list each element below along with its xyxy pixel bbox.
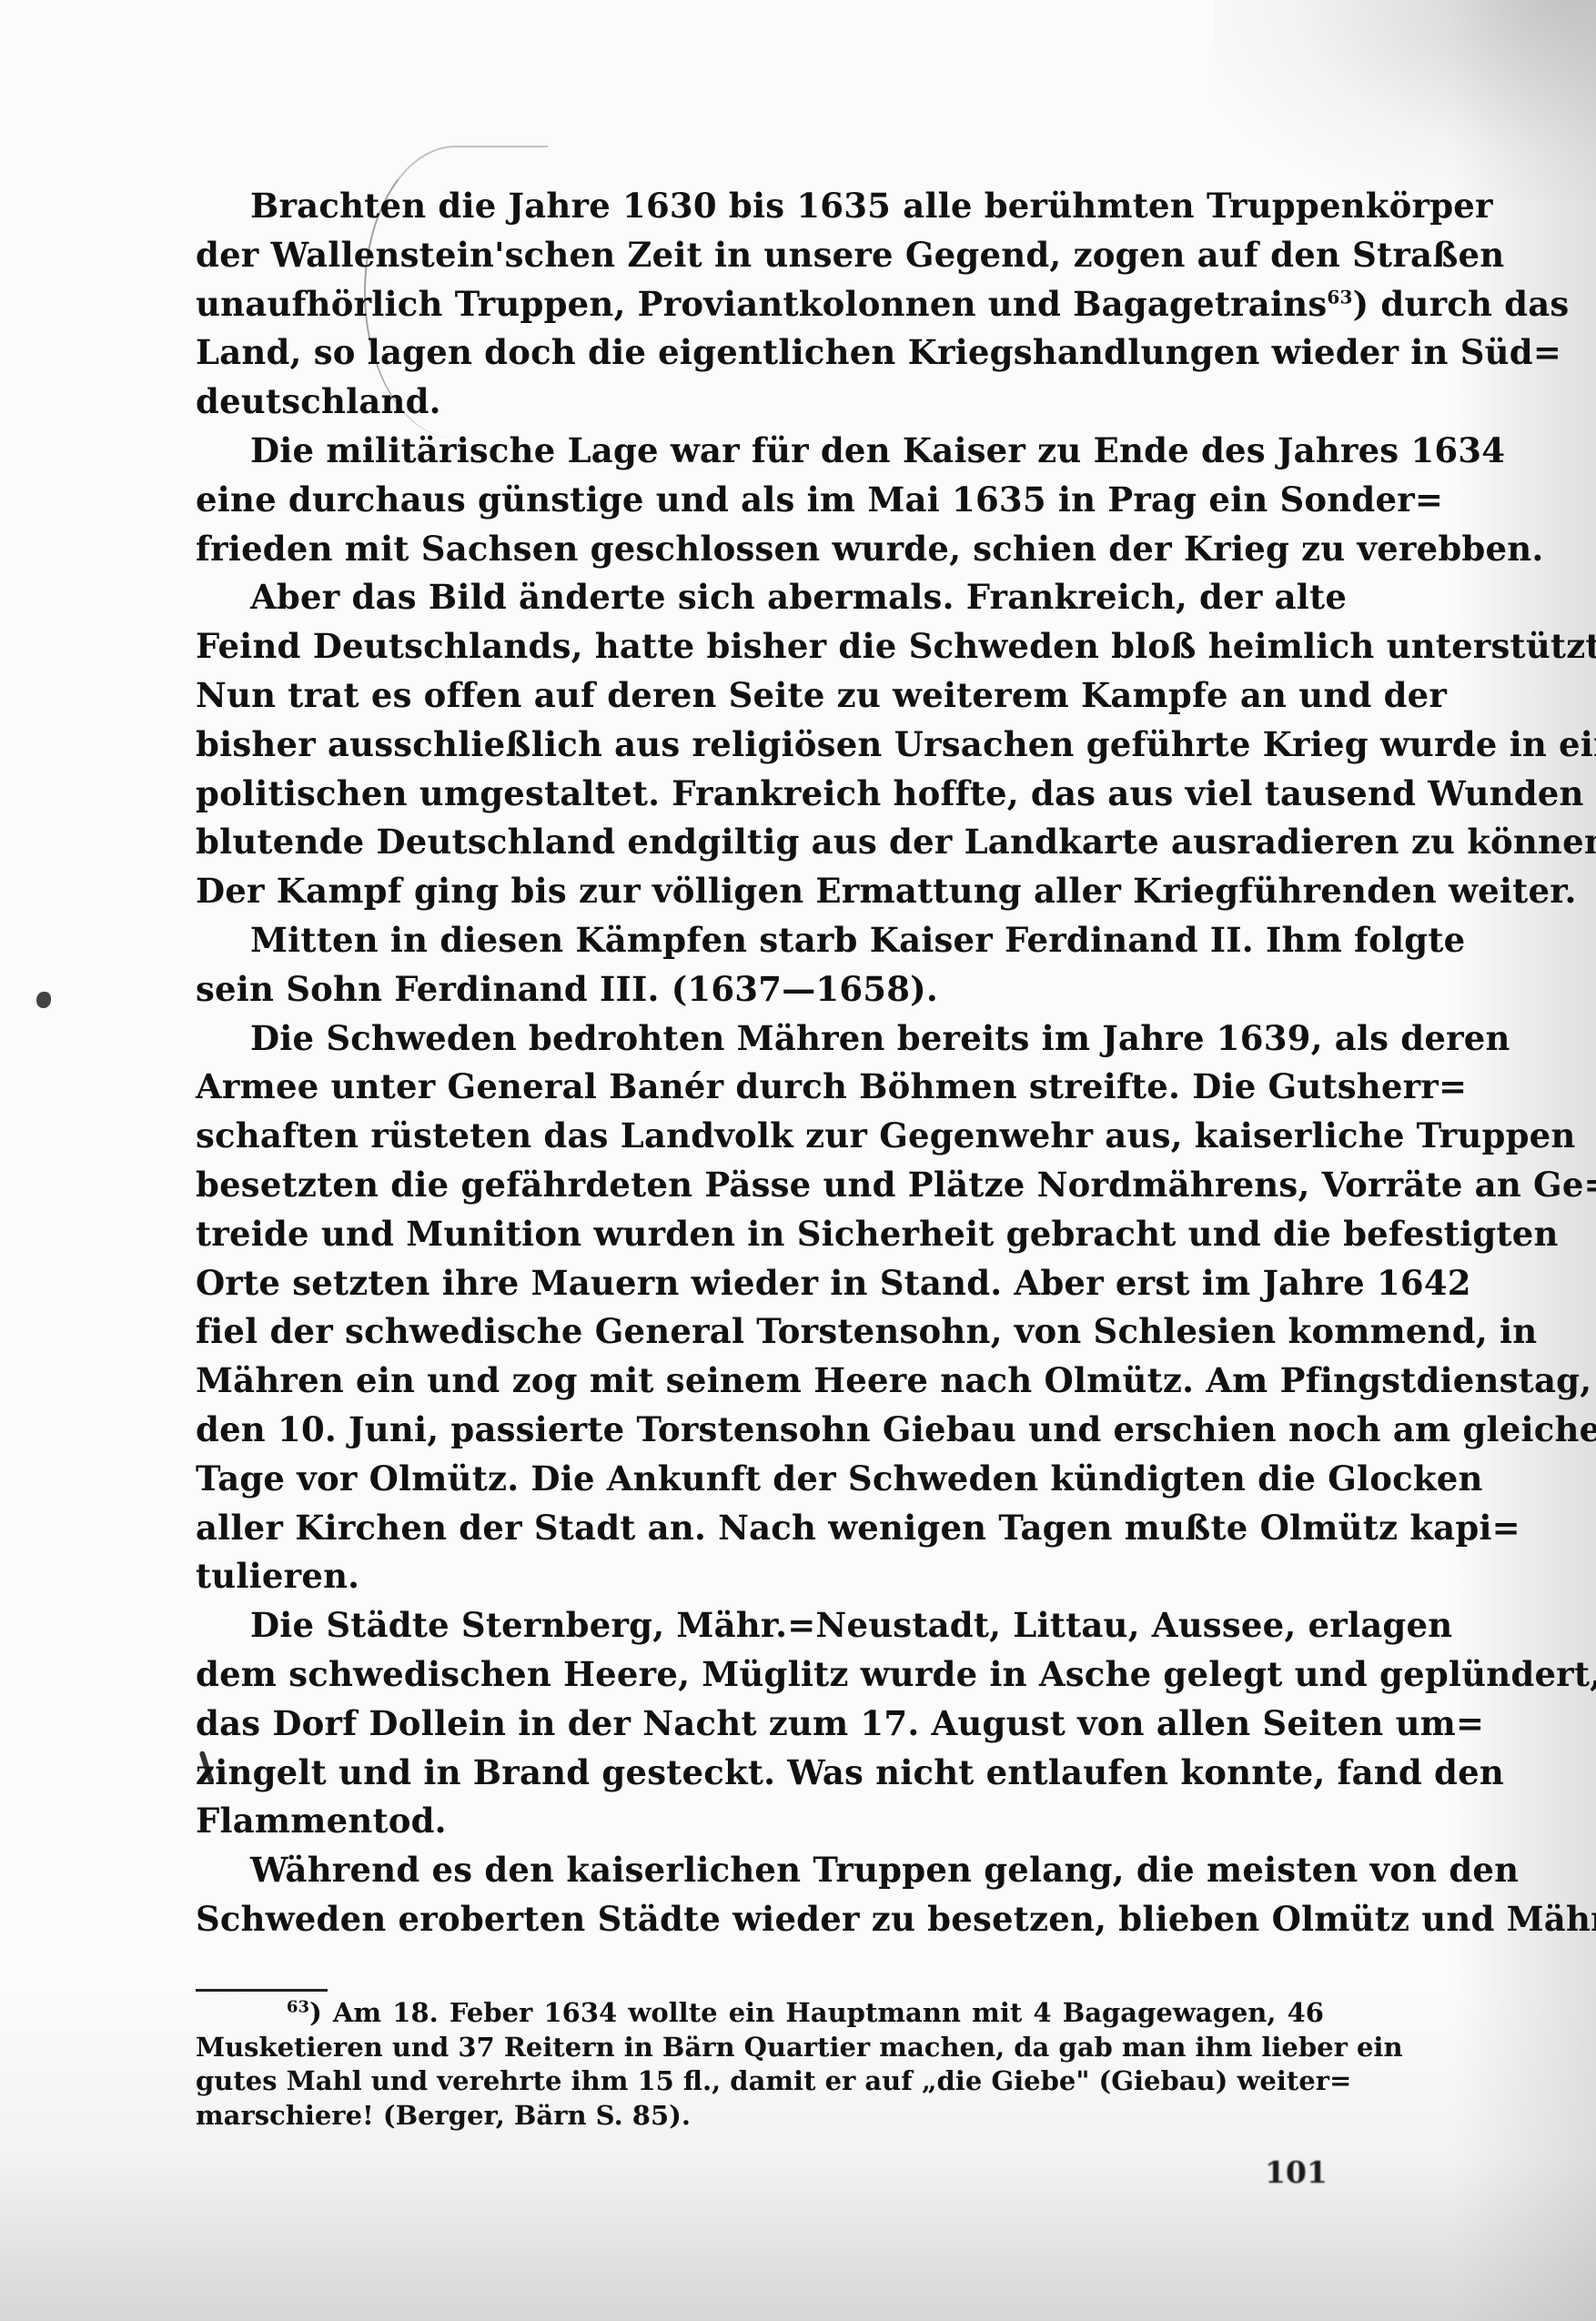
footnote-line: gutes Mahl und verehrte ihm 15 fl., dami… <box>196 2064 1324 2099</box>
text-line: Land, so lagen doch die eigentlichen Kri… <box>196 328 1324 378</box>
footnote-line: Musketieren und 37 Reitern in Bärn Quart… <box>196 2031 1324 2065</box>
text-line: Brachten die Jahre 1630 bis 1635 alle be… <box>196 182 1324 231</box>
text-line: Flammentod. <box>196 1797 1324 1846</box>
text-line: Mitten in diesen Kämpfen starb Kaiser Fe… <box>196 916 1324 965</box>
text-line: Die Städte Sternberg, Mähr.=Neustadt, Li… <box>196 1601 1324 1650</box>
text-line: das Dorf Dollein in der Nacht zum 17. Au… <box>196 1700 1324 1749</box>
text-line: politischen umgestaltet. Frankreich hoff… <box>196 770 1324 819</box>
text-line: Nun trat es offen auf deren Seite zu wei… <box>196 671 1324 721</box>
text-line: zingelt und in Brand gesteckt. Was nicht… <box>196 1749 1324 1798</box>
text-line: fiel der schwedische General Torstensohn… <box>196 1307 1324 1357</box>
text-line: Der Kampf ging bis zur völligen Ermattun… <box>196 867 1324 916</box>
text-line: Armee unter General Banér durch Böhmen s… <box>196 1063 1324 1112</box>
text-line: blutende Deutschland endgiltig aus der L… <box>196 818 1324 867</box>
text-line: Die Schweden bedrohten Mähren bereits im… <box>196 1014 1324 1064</box>
text-line: Mähren ein und zog mit seinem Heere nach… <box>196 1357 1324 1406</box>
text-line: eine durchaus günstige und als im Mai 16… <box>196 476 1324 525</box>
text-line: aller Kirchen der Stadt an. Nach wenigen… <box>196 1504 1324 1553</box>
text-segment: ) durch das <box>1353 284 1570 324</box>
page-number: 101 <box>1265 2154 1328 2190</box>
text-segment: unaufhörlich Truppen, Proviantkolonnen u… <box>196 284 1327 324</box>
ink-blot <box>36 992 51 1008</box>
text-line: der Wallenstein'schen Zeit in unsere Geg… <box>196 231 1324 280</box>
text-line: tulieren. <box>196 1552 1324 1601</box>
paragraph: Die militärische Lage war für den Kaiser… <box>196 427 1324 573</box>
text-line: schaften rüsteten das Landvolk zur Gegen… <box>196 1112 1324 1161</box>
text-line: Aber das Bild änderte sich abermals. Fra… <box>196 573 1324 622</box>
text-line: sein Sohn Ferdinand III. (1637—1658). <box>196 965 1324 1014</box>
text-line: Feind Deutschlands, hatte bisher die Sch… <box>196 622 1324 671</box>
footnote-line: marschiere! (Berger, Bärn S. 85). <box>196 2099 1324 2134</box>
footnote-reference: 63 <box>1327 286 1352 308</box>
footnote-separator <box>196 1989 328 1992</box>
text-line: Die militärische Lage war für den Kaiser… <box>196 427 1324 476</box>
footnote-line: 63) Am 18. Feber 1634 wollte ein Hauptma… <box>196 1996 1324 2031</box>
text-line: deutschland. <box>196 378 1324 427</box>
text-line: unaufhörlich Truppen, Proviantkolonnen u… <box>196 280 1324 329</box>
text-segment: ) Am 18. Feber 1634 wollte ein Hauptmann… <box>309 1997 1324 2028</box>
text-line: besetzten die gefährdeten Pässe und Plät… <box>196 1161 1324 1210</box>
text-line: dem schwedischen Heere, Müglitz wurde in… <box>196 1650 1324 1700</box>
text-line: Schweden eroberten Städte wieder zu bese… <box>196 1895 1324 1944</box>
text-line: Tage vor Olmütz. Die Ankunft der Schwede… <box>196 1455 1324 1504</box>
paragraph: Während es den kaiserlichen Truppen gela… <box>196 1846 1324 1944</box>
paragraph: Aber das Bild änderte sich abermals. Fra… <box>196 573 1324 916</box>
text-line: Orte setzten ihre Mauern wieder in Stand… <box>196 1259 1324 1308</box>
paragraph: Mitten in diesen Kämpfen starb Kaiser Fe… <box>196 916 1324 1014</box>
text-line: Während es den kaiserlichen Truppen gela… <box>196 1846 1324 1895</box>
text-line: treide und Munition wurden in Sicherheit… <box>196 1210 1324 1259</box>
scan-shading-top <box>1214 0 1596 200</box>
body-text: Brachten die Jahre 1630 bis 1635 alle be… <box>196 182 1324 1944</box>
footnote-number: 63 <box>287 1997 309 2016</box>
text-line: den 10. Juni, passierte Torstensohn Gieb… <box>196 1406 1324 1455</box>
text-line: frieden mit Sachsen geschlossen wurde, s… <box>196 525 1324 574</box>
text-line: bisher ausschließlich aus religiösen Urs… <box>196 721 1324 770</box>
paragraph: Die Schweden bedrohten Mähren bereits im… <box>196 1014 1324 1602</box>
paragraph: Brachten die Jahre 1630 bis 1635 alle be… <box>196 182 1324 427</box>
paragraph: Die Städte Sternberg, Mähr.=Neustadt, Li… <box>196 1601 1324 1846</box>
footnotes: 63) Am 18. Feber 1634 wollte ein Hauptma… <box>196 1996 1324 2133</box>
